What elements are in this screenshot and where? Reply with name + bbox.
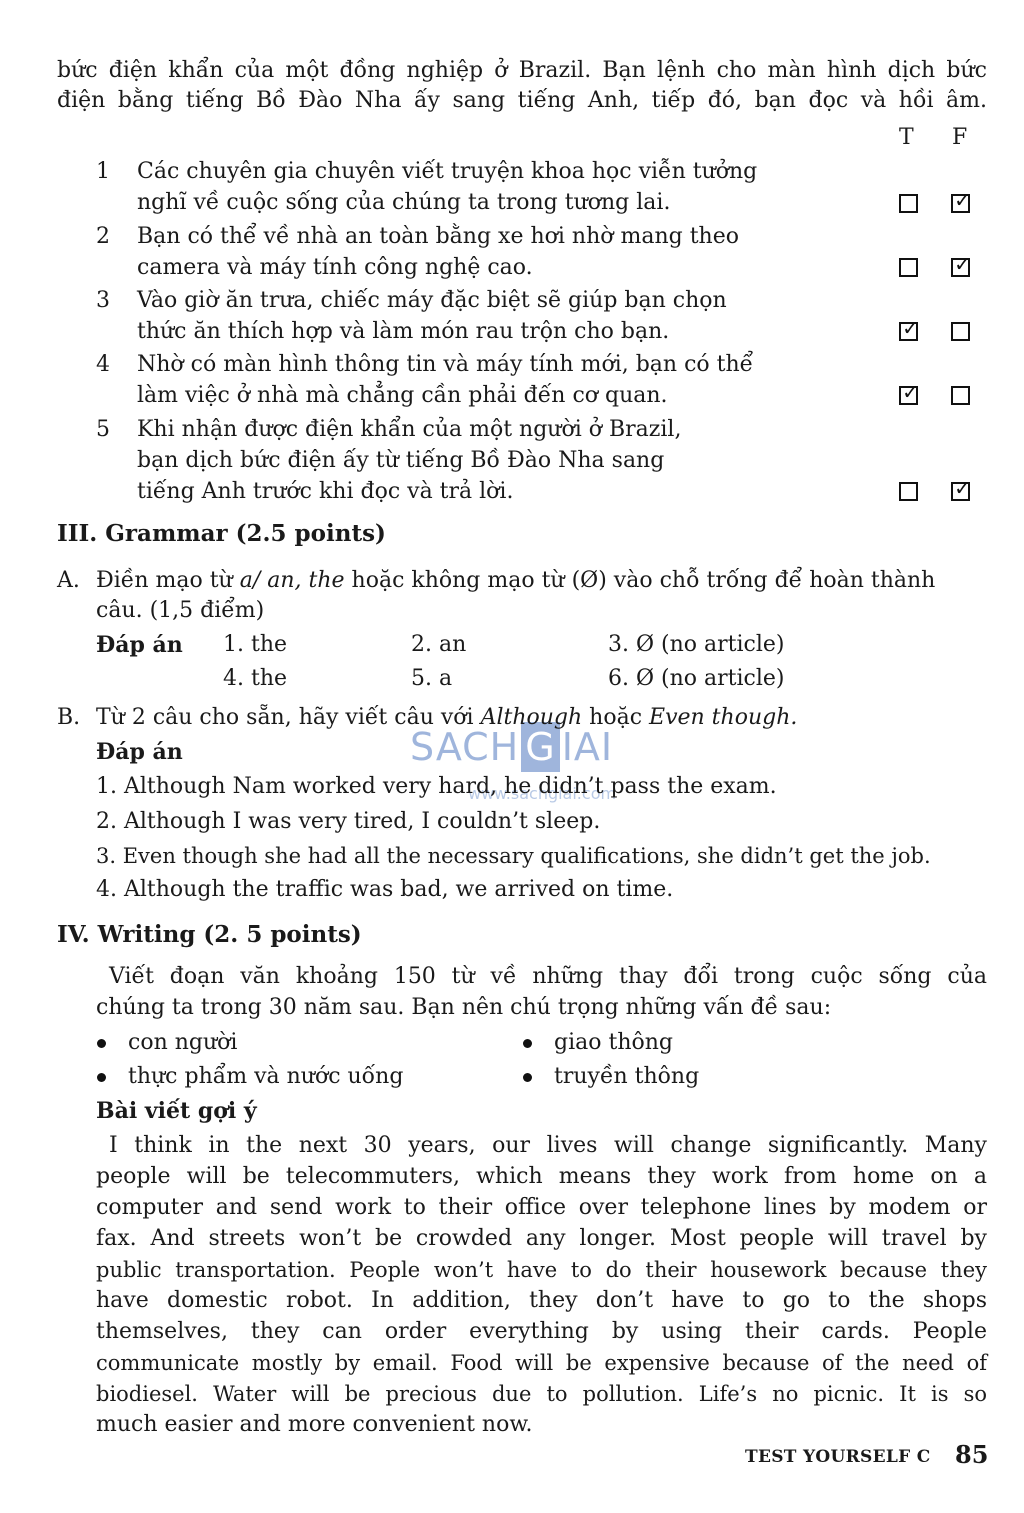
item-number: 2 bbox=[96, 222, 110, 252]
check-icon: ✓ bbox=[901, 318, 920, 338]
answer-4: 4. the bbox=[223, 664, 287, 694]
check-icon: ✓ bbox=[953, 478, 972, 498]
essay-line: I think in the next 30 years, our lives … bbox=[109, 1131, 987, 1161]
essay-line: people will be telecommuters, which mean… bbox=[96, 1162, 987, 1192]
item-number: 1 bbox=[96, 157, 110, 187]
true-checkbox-checked[interactable]: ✓ bbox=[899, 322, 918, 341]
bullet-icon bbox=[97, 1073, 106, 1082]
essay-line: biodiesel. Water will be precious due to… bbox=[96, 1379, 987, 1409]
item-number: 5 bbox=[96, 415, 110, 445]
false-checkbox-checked[interactable]: ✓ bbox=[951, 194, 970, 213]
part-b-instruction: Từ 2 câu cho sẵn, hãy viết câu với Altho… bbox=[96, 703, 797, 733]
true-checkbox[interactable] bbox=[899, 482, 918, 501]
answer-3: 3. Ø (no article) bbox=[608, 630, 784, 660]
part-a-answer-label: Đáp án bbox=[96, 630, 183, 660]
item-number: 4 bbox=[96, 350, 110, 380]
textbook-page: bức điện khẩn của một đồng nghiệp ở Braz… bbox=[0, 0, 1024, 1513]
false-checkbox-checked[interactable]: ✓ bbox=[951, 482, 970, 501]
intro-line-2: điện bằng tiếng Bồ Đào Nha ấy sang tiếng… bbox=[57, 86, 987, 116]
essay-line: themselves, they can order everything by… bbox=[96, 1317, 987, 1347]
item-number: 3 bbox=[96, 286, 110, 316]
bullet-icon bbox=[97, 1039, 106, 1048]
page-number: 85 bbox=[955, 1440, 988, 1469]
essay-line: public transportation. People won’t have… bbox=[96, 1255, 987, 1285]
part-b-label: B. bbox=[57, 703, 80, 733]
sentence-answer-1: 1. Although Nam worked very hard, he did… bbox=[96, 772, 777, 802]
check-icon: ✓ bbox=[901, 382, 920, 402]
item-text-line: Vào giờ ăn trưa, chiếc máy đặc biệt sẽ g… bbox=[137, 286, 727, 316]
answer-1: 1. the bbox=[223, 630, 287, 660]
item-text-line: Nhờ có màn hình thông tin và máy tính mớ… bbox=[137, 350, 753, 380]
false-checkbox-checked[interactable]: ✓ bbox=[951, 258, 970, 277]
topic-bullet: con người bbox=[128, 1028, 237, 1058]
true-column-header: T bbox=[899, 125, 914, 150]
item-text-line: Khi nhận được điện khẩn của một người ở … bbox=[137, 415, 681, 445]
bullet-icon bbox=[523, 1073, 532, 1082]
item-text-line: tiếng Anh trước khi đọc và trả lời. bbox=[137, 477, 513, 507]
writing-heading: IV. Writing (2. 5 points) bbox=[57, 920, 362, 950]
false-checkbox[interactable] bbox=[951, 386, 970, 405]
writing-instruction-line-1: Viết đoạn văn khoảng 150 từ về những tha… bbox=[109, 962, 987, 992]
false-checkbox[interactable] bbox=[951, 322, 970, 341]
item-text-line: làm việc ở nhà mà chẳng cần phải đến cơ … bbox=[137, 381, 668, 411]
essay-line: computer and send work to their office o… bbox=[96, 1193, 987, 1223]
topic-bullet: giao thông bbox=[554, 1028, 673, 1058]
answer-5: 5. a bbox=[411, 664, 452, 694]
part-a-label: A. bbox=[57, 566, 80, 596]
grammar-heading: III. Grammar (2.5 points) bbox=[57, 519, 386, 549]
sentence-answer-2: 2. Although I was very tired, I couldn’t… bbox=[96, 807, 600, 837]
bullet-icon bbox=[523, 1039, 532, 1048]
false-column-header: F bbox=[952, 125, 967, 150]
essay-line: fax. And streets won’t be crowded any lo… bbox=[96, 1224, 987, 1254]
part-a-instruction-line-2: câu. (1,5 điểm) bbox=[96, 596, 264, 626]
running-footer-title: TEST YOURSELF C bbox=[745, 1447, 931, 1467]
essay-line: much easier and more convenient now. bbox=[96, 1410, 533, 1440]
answer-6: 6. Ø (no article) bbox=[608, 664, 784, 694]
writing-instruction-line-2: chúng ta trong 30 năm sau. Bạn nên chú t… bbox=[96, 993, 831, 1023]
part-b-answer-label: Đáp án bbox=[96, 737, 183, 767]
item-text-line: Các chuyên gia chuyên viết truyện khoa h… bbox=[137, 157, 757, 187]
item-text-line: camera và máy tính công nghệ cao. bbox=[137, 253, 533, 283]
part-a-instruction: Điền mạo từ a/ an, the hoặc không mạo từ… bbox=[96, 566, 935, 596]
essay-line: communicate mostly by email. Food will b… bbox=[96, 1348, 987, 1378]
item-text-line: bạn dịch bức điện ấy từ tiếng Bồ Đào Nha… bbox=[137, 446, 664, 476]
topic-bullet: truyền thông bbox=[554, 1062, 699, 1092]
item-text-line: nghĩ về cuộc sống của chúng ta trong tươ… bbox=[137, 188, 670, 218]
sample-essay-label: Bài viết gợi ý bbox=[96, 1096, 257, 1126]
topic-bullet: thực phẩm và nước uống bbox=[128, 1062, 403, 1092]
essay-line: have domestic robot. In addition, they d… bbox=[96, 1286, 987, 1316]
intro-line-1: bức điện khẩn của một đồng nghiệp ở Braz… bbox=[57, 56, 987, 86]
item-text-line: Bạn có thể về nhà an toàn bằng xe hơi nh… bbox=[137, 222, 739, 252]
sentence-answer-4: 4. Although the traffic was bad, we arri… bbox=[96, 875, 673, 905]
answer-2: 2. an bbox=[411, 630, 466, 660]
check-icon: ✓ bbox=[953, 254, 972, 274]
true-checkbox-checked[interactable]: ✓ bbox=[899, 386, 918, 405]
sentence-answer-3: 3. Even though she had all the necessary… bbox=[96, 841, 931, 871]
true-checkbox[interactable] bbox=[899, 258, 918, 277]
check-icon: ✓ bbox=[953, 190, 972, 210]
true-checkbox[interactable] bbox=[899, 194, 918, 213]
item-text-line: thức ăn thích hợp và làm món rau trộn ch… bbox=[137, 317, 669, 347]
